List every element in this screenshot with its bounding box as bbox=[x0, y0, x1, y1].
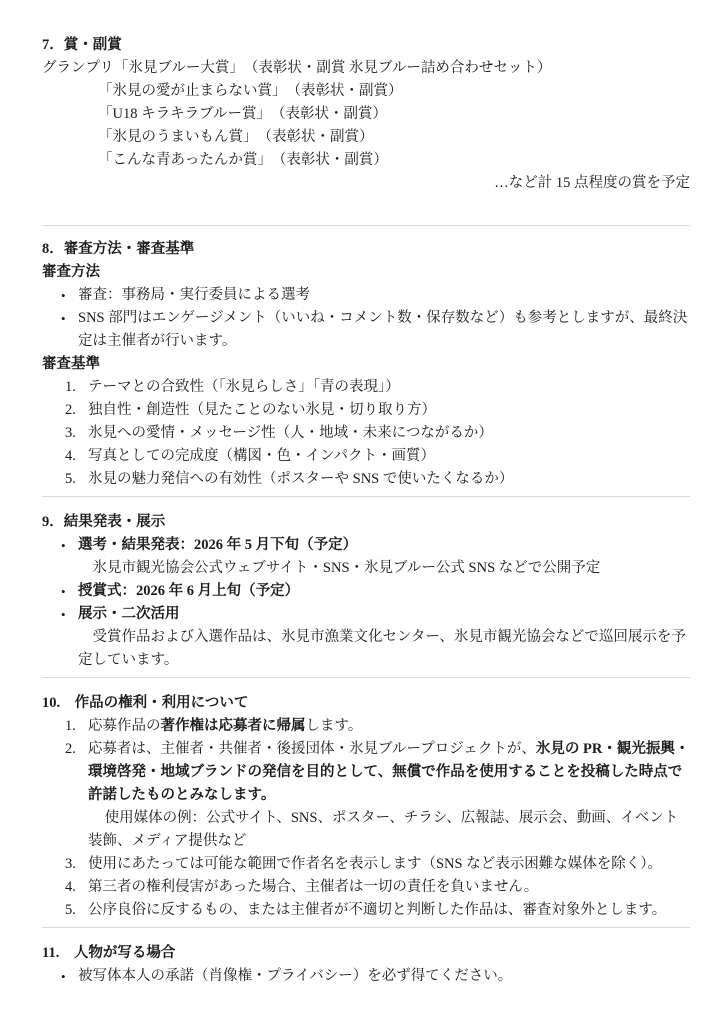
text-run: します。 bbox=[306, 718, 363, 734]
portrait-list: 被写体本人の承諾（肖像権・プライバシー）を必ず得てください。 bbox=[42, 965, 690, 988]
list-item: 被写体本人の承諾（肖像権・プライバシー）を必ず得てください。 bbox=[78, 965, 690, 988]
result-item-detail: 氷見市観光協会公式ウェブサイト・SNS・氷見ブルー公式 SNS などで公開予定 bbox=[78, 557, 690, 580]
section-portrait: 11. 人物が写る場合 被写体本人の承諾（肖像権・プライバシー）を必ず得てくださ… bbox=[42, 942, 690, 988]
section-rights-heading: 10. 作品の権利・利用について bbox=[42, 692, 690, 715]
list-item: 展示・二次活用 受賞作品および入選作品は、氷見市漁業文化センター、氷見市観光協会… bbox=[78, 603, 690, 672]
section-judging-heading: 8．審査方法・審査基準 bbox=[42, 238, 690, 261]
section-portrait-heading: 11. 人物が写る場合 bbox=[42, 942, 690, 965]
section-prizes-heading: 7．賞・副賞 bbox=[42, 34, 690, 57]
list-item: 審査：事務局・実行委員による選考 bbox=[78, 284, 690, 307]
document-content: 7．賞・副賞 グランプリ「氷見ブルー大賞」 （表彰状・副賞 氷見ブルー詰め合わせ… bbox=[0, 0, 724, 988]
list-item: SNS 部門はエンゲージメント（いいね・コメント数・保存数など）も参考としますが… bbox=[78, 307, 690, 353]
section-prizes: 7．賞・副賞 グランプリ「氷見ブルー大賞」 （表彰状・副賞 氷見ブルー詰め合わせ… bbox=[42, 34, 690, 195]
result-item-detail: 受賞作品および入選作品は、氷見市漁業文化センター、氷見市観光協会などで巡回展示を… bbox=[78, 626, 690, 672]
section-divider bbox=[42, 677, 690, 678]
usage-media-examples: 使用媒体の例：公式サイト、SNS、ポスター、チラシ、広報誌、展示会、動画、イベン… bbox=[88, 807, 690, 853]
list-item: 選考・結果発表：2026 年 5 月下旬（予定） 氷見市観光協会公式ウェブサイト… bbox=[78, 534, 690, 580]
text-run-bold: 著作権は応募者に帰属 bbox=[161, 718, 306, 734]
list-item: 氷見への愛情・メッセージ性（人・地域・未来につながるか） bbox=[88, 422, 690, 445]
list-item: テーマとの合致性（「氷見らしさ」「青の表現」） bbox=[88, 376, 690, 399]
rights-list: 応募作品の著作権は応募者に帰属します。 応募者は、主催者・共催者・後援団体・氷見… bbox=[42, 715, 690, 922]
prize-count-note: …など計 15 点程度の賞を予定 bbox=[42, 172, 690, 195]
list-item: 応募作品の著作権は応募者に帰属します。 bbox=[88, 715, 690, 738]
text-run: 応募作品の bbox=[88, 718, 161, 734]
section-rights: 10. 作品の権利・利用について 応募作品の著作権は応募者に帰属します。 応募者… bbox=[42, 692, 690, 922]
list-item: 公序良俗に反するもの、または主催者が不適切と判断した作品は、審査対象外とします。 bbox=[88, 899, 690, 922]
list-item: 授賞式：2026 年 6 月上旬（予定） bbox=[78, 580, 690, 603]
section-divider bbox=[42, 225, 690, 226]
result-item-label: 選考・結果発表：2026 年 5 月下旬（予定） bbox=[78, 537, 357, 553]
judging-method-list: 審査：事務局・実行委員による選考 SNS 部門はエンゲージメント（いいね・コメン… bbox=[42, 284, 690, 353]
prize-line: 「こんな青あったんか賞」 （表彰状・副賞） bbox=[42, 149, 690, 172]
list-item: 使用にあたっては可能な範囲で作者名を表示します（SNS など表示困難な媒体を除く… bbox=[88, 853, 690, 876]
text-run: 応募者は、主催者・共催者・後援団体・氷見ブループロジェクトが、 bbox=[88, 741, 536, 757]
result-item-label: 展示・二次活用 bbox=[78, 606, 180, 622]
judging-criteria-list: テーマとの合致性（「氷見らしさ」「青の表現」） 独自性・創造性（見たことのない氷… bbox=[42, 376, 690, 491]
results-list: 選考・結果発表：2026 年 5 月下旬（予定） 氷見市観光協会公式ウェブサイト… bbox=[42, 534, 690, 672]
section-judging: 8．審査方法・審査基準 審査方法 審査：事務局・実行委員による選考 SNS 部門… bbox=[42, 238, 690, 491]
document-page: 7．賞・副賞 グランプリ「氷見ブルー大賞」 （表彰状・副賞 氷見ブルー詰め合わせ… bbox=[0, 0, 724, 1024]
section-divider bbox=[42, 927, 690, 928]
judging-method-label: 審査方法 bbox=[42, 261, 690, 284]
prize-line: 「氷見の愛が止まらない賞」 （表彰状・副賞） bbox=[42, 80, 690, 103]
section-results: 9．結果発表・展示 選考・結果発表：2026 年 5 月下旬（予定） 氷見市観光… bbox=[42, 511, 690, 672]
list-item: 写真としての完成度（構図・色・インパクト・画質） bbox=[88, 445, 690, 468]
grand-prize-line: グランプリ「氷見ブルー大賞」 （表彰状・副賞 氷見ブルー詰め合わせセット） bbox=[42, 57, 690, 80]
list-item: 第三者の権利侵害があった場合、主催者は一切の責任を負いません。 bbox=[88, 876, 690, 899]
section-results-heading: 9．結果発表・展示 bbox=[42, 511, 690, 534]
prize-line: 「氷見のうまいもん賞」 （表彰状・副賞） bbox=[42, 126, 690, 149]
list-item: 独自性・創造性（見たことのない氷見・切り取り方） bbox=[88, 399, 690, 422]
list-item: 応募者は、主催者・共催者・後援団体・氷見ブループロジェクトが、氷見の PR・観光… bbox=[88, 738, 690, 853]
judging-criteria-label: 審査基準 bbox=[42, 353, 690, 376]
section-divider bbox=[42, 496, 690, 497]
list-item: 氷見の魅力発信への有効性（ポスターや SNS で使いたくなるか） bbox=[88, 468, 690, 491]
prize-line: 「U18 キラキラブルー賞」 （表彰状・副賞） bbox=[42, 103, 690, 126]
result-item-label: 授賞式：2026 年 6 月上旬（予定） bbox=[78, 583, 299, 599]
